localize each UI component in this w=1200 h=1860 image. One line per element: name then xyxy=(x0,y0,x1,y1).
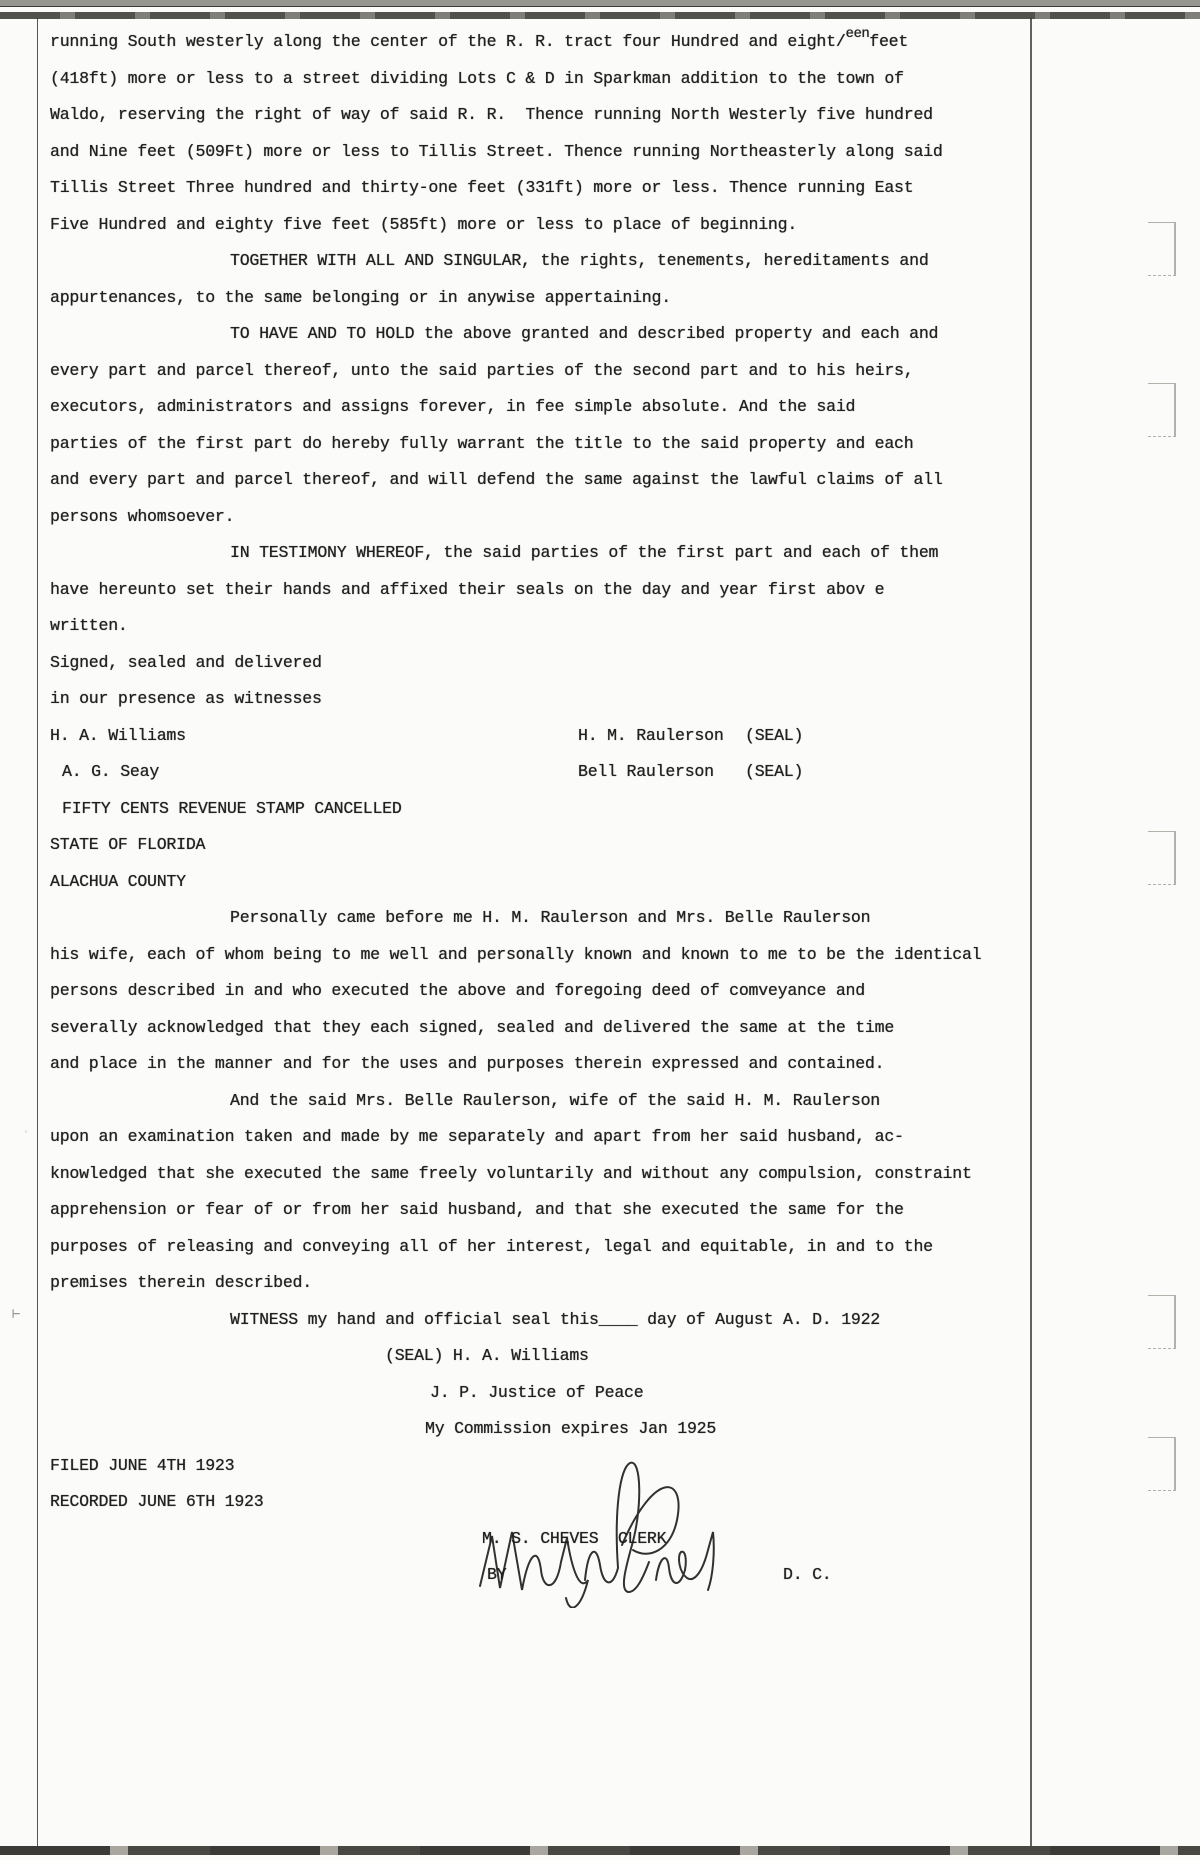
text-line: RECORDED JUNE 6TH 1923 xyxy=(50,1484,263,1521)
text-line: upon an examination taken and made by me… xyxy=(50,1119,904,1156)
text-line: A. G. SeayBell Raulerson(SEAL) xyxy=(62,754,159,791)
scanned-deed-page: { "colors": { "paper": "#fbfbf9", "ink":… xyxy=(0,0,1200,1860)
text-line: J. P. Justice of Peace xyxy=(430,1375,643,1412)
text-line: Signed, sealed and delivered xyxy=(50,645,322,682)
text-line: FIFTY CENTS REVENUE STAMP CANCELLED xyxy=(62,791,402,828)
text-line: running South westerly along the center … xyxy=(50,24,908,61)
text-line: apprehension or fear of or from her said… xyxy=(50,1192,904,1229)
seal-label: (SEAL) xyxy=(745,718,803,755)
text-line: his wife, each of whom being to me well … xyxy=(50,937,981,974)
text-line: WITNESS my hand and official seal this__… xyxy=(230,1302,880,1339)
text-line: And the said Mrs. Belle Raulerson, wife … xyxy=(230,1083,880,1120)
text-line: Waldo, reserving the right of way of sai… xyxy=(50,97,933,134)
text-line: premises therein described. xyxy=(50,1265,312,1302)
clerk-signature-scribble xyxy=(472,1448,732,1608)
text-line: STATE OF FLORIDA xyxy=(50,827,205,864)
text-line: ALACHUA COUNTY xyxy=(50,864,186,901)
text-line: Personally came before me H. M. Raulerso… xyxy=(230,900,870,937)
text-line: have hereunto set their hands and affixe… xyxy=(50,572,884,609)
text-line: executors, administrators and assigns fo… xyxy=(50,389,855,426)
text-line: in our presence as witnesses xyxy=(50,681,322,718)
text-line: appurtenances, to the same belonging or … xyxy=(50,280,671,317)
text-line: severally acknowledged that they each si… xyxy=(50,1010,894,1047)
text-line: TOGETHER WITH ALL AND SINGULAR, the righ… xyxy=(230,243,929,280)
text-line: knowledged that she executed the same fr… xyxy=(50,1156,972,1193)
text-line: and every part and parcel thereof, and w… xyxy=(50,462,943,499)
text-line: persons described in and who executed th… xyxy=(50,973,865,1010)
grantor-signature-name: H. M. Raulerson xyxy=(578,718,724,755)
text-line: FILED JUNE 4TH 1923 xyxy=(50,1448,234,1485)
seal-label: (SEAL) xyxy=(745,754,803,791)
text-line: (SEAL) H. A. Williams xyxy=(385,1338,589,1375)
text-line: (418ft) more or less to a street dividin… xyxy=(50,61,904,98)
grantor-signature-name: Bell Raulerson xyxy=(578,754,714,791)
text-line: and place in the manner and for the uses… xyxy=(50,1046,884,1083)
typed-correction-superscript: een xyxy=(846,26,870,42)
text-line: IN TESTIMONY WHEREOF, the said parties o… xyxy=(230,535,938,572)
text-line: purposes of releasing and conveying all … xyxy=(50,1229,933,1266)
text-line: Five Hundred and eighty five feet (585ft… xyxy=(50,207,797,244)
text-line: parties of the first part do hereby full… xyxy=(50,426,913,463)
text-line: written. xyxy=(50,608,128,645)
text-line: TO HAVE AND TO HOLD the above granted an… xyxy=(230,316,938,353)
text-line: H. A. WilliamsH. M. Raulerson(SEAL) xyxy=(50,718,186,755)
text-line: Tillis Street Three hundred and thirty-o… xyxy=(50,170,913,207)
text-line: and Nine feet (509Ft) more or less to Ti… xyxy=(50,134,943,171)
text-line: persons whomsoever. xyxy=(50,499,234,536)
text-line: My Commission expires Jan 1925 xyxy=(425,1411,716,1448)
deputy-clerk-initials: D. C. xyxy=(783,1557,832,1594)
text-line: every part and parcel thereof, unto the … xyxy=(50,353,913,390)
